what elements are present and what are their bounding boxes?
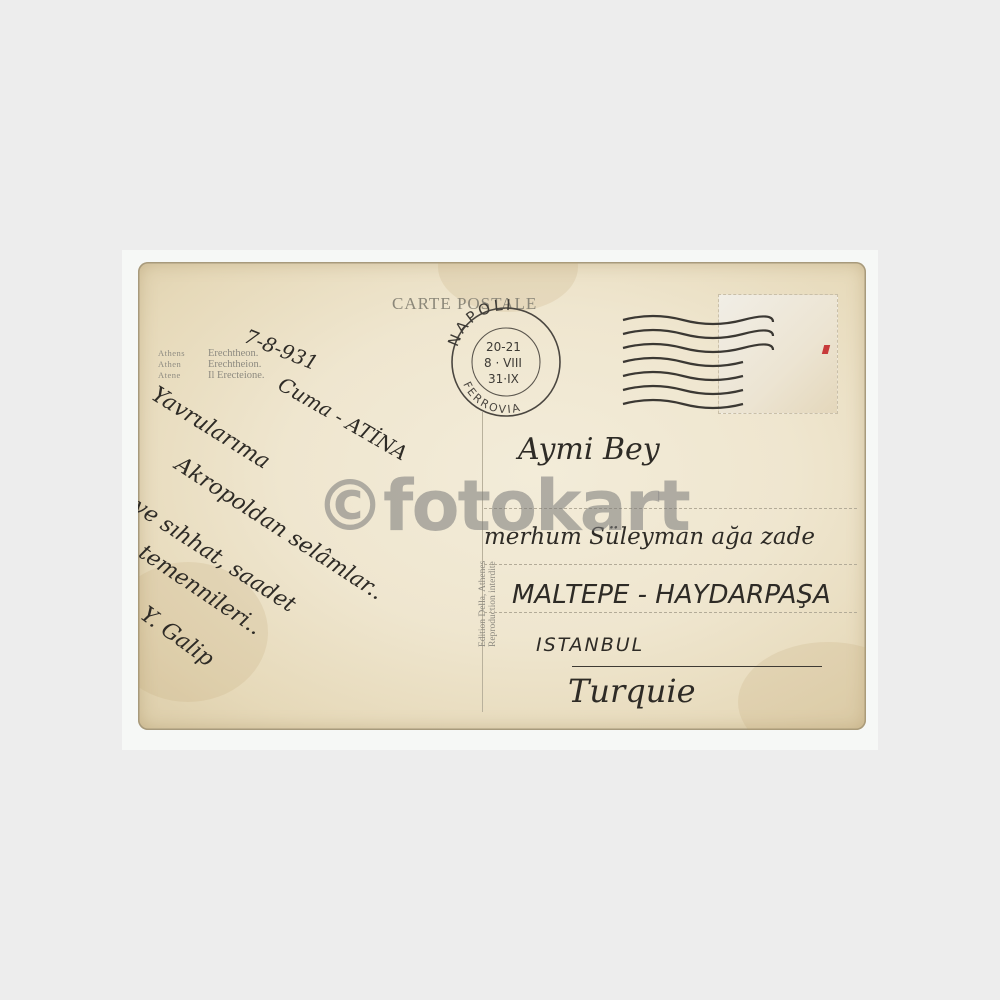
- address-line-2: MALTEPE - HAYDARPAŞA: [512, 580, 831, 610]
- address-rule-4: [572, 666, 822, 667]
- address-rule-3: [484, 612, 858, 613]
- address-rule-2: [484, 564, 858, 565]
- postmark-time: 20-21: [486, 340, 521, 354]
- address-country: Turquie: [568, 672, 696, 710]
- address-name: Aymi Bey: [518, 432, 660, 467]
- address-line-3: ISTANBUL: [536, 634, 644, 656]
- watermark: ©fotokart: [315, 465, 689, 547]
- postmark-date: 8 · VIII: [484, 356, 522, 370]
- postmark-year: 31·IX: [488, 372, 519, 386]
